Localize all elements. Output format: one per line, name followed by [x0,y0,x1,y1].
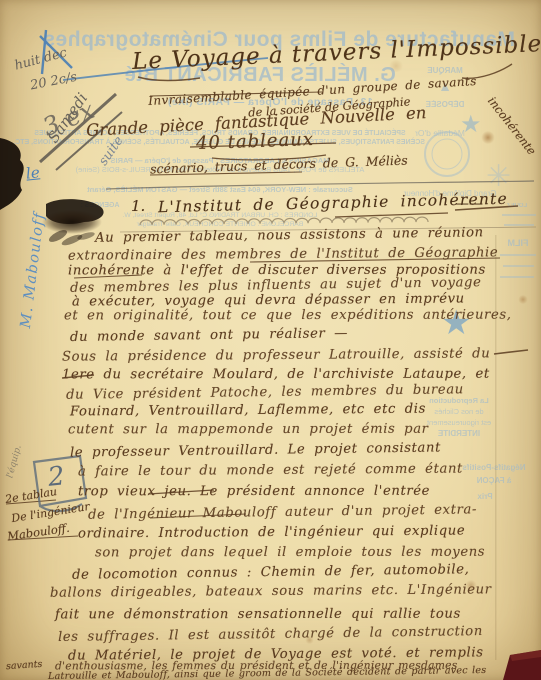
manuscript-body: Au premier tableau, nous assistons à une… [0,0,541,680]
manuscript-line-22: les suffrages. Il est aussitôt chargé de… [58,624,483,645]
manuscript-line-6: et en originalité, tout ce que les expéd… [64,308,512,324]
manuscript-line-1: Au premier tableau, nous assistons à une… [95,225,484,245]
manuscript-line-21: fait une démonstration sensationnelle qu… [55,607,461,623]
manuscript-line-13: le professeur Ventrouillard. Le projet c… [70,440,441,460]
manuscript-line-2: extraordinaire des membres de l'Institut… [68,245,498,263]
manuscript-page: Manufacture de Films pour Cinématographe… [0,0,541,680]
manuscript-line-16: de l'Ingénieur Mabouloff auteur d'un pro… [88,502,477,522]
manuscript-line-8: Sous la présidence du professeur Latroui… [62,346,490,364]
manuscript-line-10: du Vice président Patoche, les membres d… [66,382,464,403]
manuscript-line-9: 1ere du secrétaire Moulard, de l'archivi… [62,367,490,383]
manuscript-line-18: son projet dans lequel il emploie tous l… [95,545,485,561]
manuscript-line-20: ballons dirigeables, bateaux sous marins… [50,582,492,600]
manuscript-line-7: du monde savant ont pu réaliser — [70,326,348,345]
manuscript-line-12: cutent sur la mappemonde un projet émis … [68,422,429,438]
manuscript-line-15: trop vieux jeu. Le président annonce l'e… [78,484,430,500]
manuscript-line-14: à faire le tour du monde est rejeté comm… [78,461,463,479]
manuscript-line-17: ordinaire. Introduction de l'ingénieur q… [78,523,465,541]
manuscript-line-11: Fouinard, Ventrouillard, Laflemme, etc e… [70,402,426,420]
manuscript-line-19: de locomotion connus : Chemin de fer, au… [72,562,470,583]
